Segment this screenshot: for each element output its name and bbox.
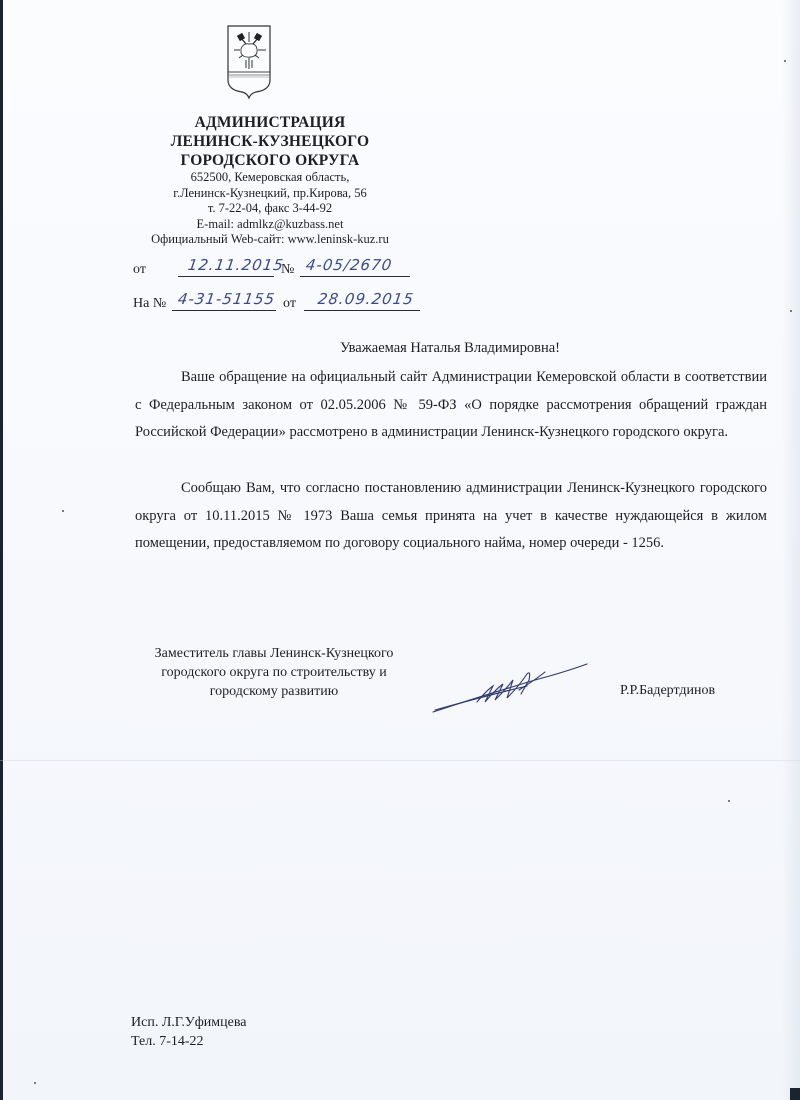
scanned-letter-page: АДМИНИСТРАЦИЯ ЛЕНИНСК-КУЗНЕЦКОГО ГОРОДСК… [0, 0, 800, 1100]
letterhead: АДМИНИСТРАЦИЯ ЛЕНИНСК-КУЗНЕЦКОГО ГОРОДСК… [120, 113, 420, 248]
address-line-postal: 652500, Кемеровская область, [120, 170, 420, 186]
reply-date-underline [304, 310, 420, 311]
scan-speck [728, 800, 730, 802]
reply-number-underline [172, 310, 276, 311]
paper-fold-line [0, 760, 800, 761]
paragraph-1: Ваше обращение на официальный сайт Админ… [135, 364, 767, 447]
salutation: Уважаемая Наталья Владимировна! [130, 340, 770, 357]
website-line: Официальный Web-сайт: www.leninsk-kuz.ru [120, 232, 420, 248]
city-coat-of-arms-icon [226, 24, 272, 100]
signer-name: Р.Р.Бадертдинов [620, 683, 715, 699]
paragraph-2: Сообщаю Вам, что согласно постановлению … [135, 475, 767, 558]
email-line: E-mail: admlkz@kuzbass.net [120, 217, 420, 233]
reply-to-label: На № [133, 296, 166, 312]
date-underline [178, 276, 274, 277]
reply-from-label: от [283, 296, 296, 312]
scan-edge-left [0, 0, 3, 1100]
reply-to-number: 4-31-51155 [177, 290, 277, 308]
scan-speck [784, 60, 786, 62]
outgoing-number: 4-05/2670 [305, 256, 394, 274]
org-name-line-1: АДМИНИСТРАЦИЯ [120, 113, 420, 132]
executor-phone: Тел. 7-14-22 [131, 1032, 247, 1051]
scan-corner [790, 1088, 800, 1100]
signer-title: Заместитель главы Ленинск-Кузнецкого гор… [128, 644, 420, 701]
number-underline [300, 276, 410, 277]
address-line-street: г.Ленинск-Кузнецкий, пр.Кирова, 56 [120, 186, 420, 202]
org-name-line-2: ЛЕНИНСК-КУЗНЕЦКОГО [120, 132, 420, 151]
signer-title-line-1: Заместитель главы Ленинск-Кузнецкого [128, 644, 420, 663]
scan-speck [34, 1082, 36, 1084]
phone-fax-line: т. 7-22-04, факс 3-44-92 [120, 201, 420, 217]
number-label: № [281, 262, 294, 278]
from-label: от [133, 262, 146, 278]
reply-date: 28.09.2015 [317, 290, 415, 308]
signer-title-line-2: городского округа по строительству и [128, 663, 420, 682]
signer-title-line-3: городскому развитию [128, 682, 420, 701]
scan-edge-right-shadow [782, 0, 800, 1100]
scan-speck [62, 510, 64, 512]
executor-name: Исп. Л.Г.Уфимцева [131, 1013, 247, 1032]
executor-info: Исп. Л.Г.Уфимцева Тел. 7-14-22 [131, 1013, 247, 1051]
handwritten-signature-icon [415, 650, 595, 720]
org-name-line-3: ГОРОДСКОГО ОКРУГА [120, 151, 420, 170]
outgoing-date: 12.11.2015 [187, 256, 285, 274]
scan-speck [790, 310, 792, 312]
